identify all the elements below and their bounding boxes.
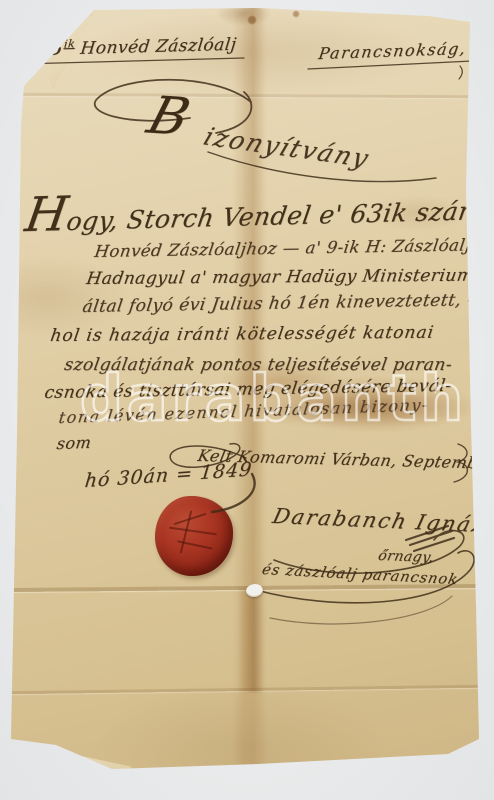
dateline-date: hó 30án = 1849: [84, 458, 254, 492]
signature-role: és zászlóalj parancsnok: [260, 562, 459, 588]
brown-stain-spots-top: [236, 8, 316, 38]
header-unit-number: 63: [33, 35, 65, 61]
title-initial: B: [141, 86, 196, 148]
header-unit: 63ik Honvéd Zászlóalj: [33, 31, 238, 61]
body-line-5: hol is hazája iránti kötelességét katona…: [49, 323, 436, 346]
header-unit-name: Honvéd Zászlóalj: [73, 35, 237, 59]
paper-hole: [245, 583, 264, 598]
seal-crease-mark: [169, 527, 217, 536]
document-photo: 63ik Honvéd Zászlóalj Parancsnokság, B i…: [0, 0, 494, 800]
fold-crease-top: [8, 93, 480, 98]
body-line-4: által folyó évi Julius hó 1én kineveztet…: [81, 290, 486, 317]
certificate-paper: 63ik Honvéd Zászlóalj Parancsnokság, B i…: [8, 6, 480, 772]
signature-rank: őrnagy,: [377, 548, 436, 566]
watermark-text: darabanth: [80, 362, 467, 436]
signature-name: Darabanch Ignáz: [270, 504, 488, 537]
title-rest: izonyítvány: [200, 122, 374, 173]
red-wax-seal: [155, 496, 233, 576]
header-office: Parancsnokság,: [317, 39, 468, 63]
folded-bottom-edge: [12, 734, 132, 774]
center-fold-stain: [238, 588, 264, 692]
body-line-3: Hadnagyul a' magyar Hadügy Ministerium: [85, 266, 475, 289]
body-line-1: Hogy, Storch Vendel e' 63ik számu: [22, 176, 494, 244]
fold-crease-lower: [8, 685, 480, 695]
